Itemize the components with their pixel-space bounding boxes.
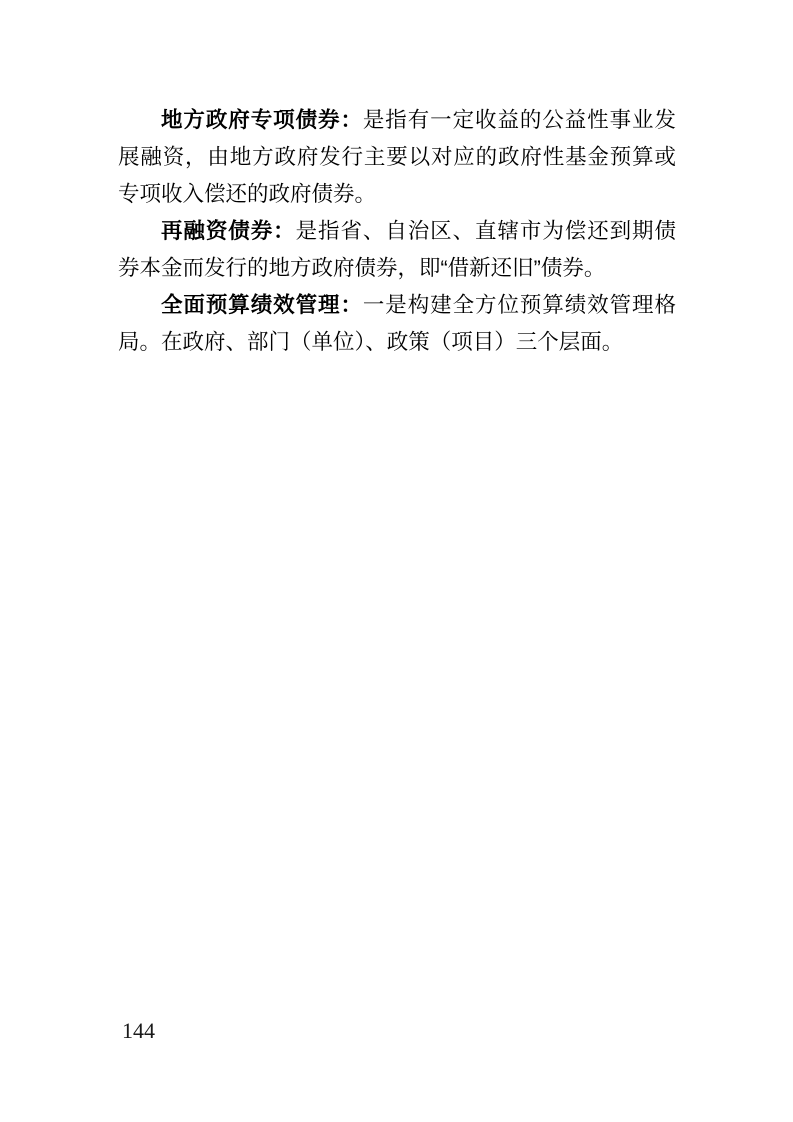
definitions-text-block: 地方政府专项债券：是指有一定收益的公益性事业发展融资，由地方政府发行主要以对应的…: [118, 102, 676, 361]
definition-term: 全面预算绩效管理：: [161, 293, 363, 317]
document-page: 地方政府专项债券：是指有一定收益的公益性事业发展融资，由地方政府发行主要以对应的…: [0, 0, 793, 1122]
definition-term: 地方政府专项债券：: [161, 108, 363, 132]
definition-paragraph: 再融资债券：是指省、自治区、直辖市为偿还到期债券本金而发行的地方政府债券，即“借…: [118, 213, 676, 287]
definition-paragraph: 地方政府专项债券：是指有一定收益的公益性事业发展融资，由地方政府发行主要以对应的…: [118, 102, 676, 213]
definition-paragraph: 全面预算绩效管理：一是构建全方位预算绩效管理格局。在政府、部门（单位）、政策（项…: [118, 287, 676, 361]
definition-term: 再融资债券：: [161, 219, 296, 243]
page-number: 144: [122, 1018, 155, 1044]
